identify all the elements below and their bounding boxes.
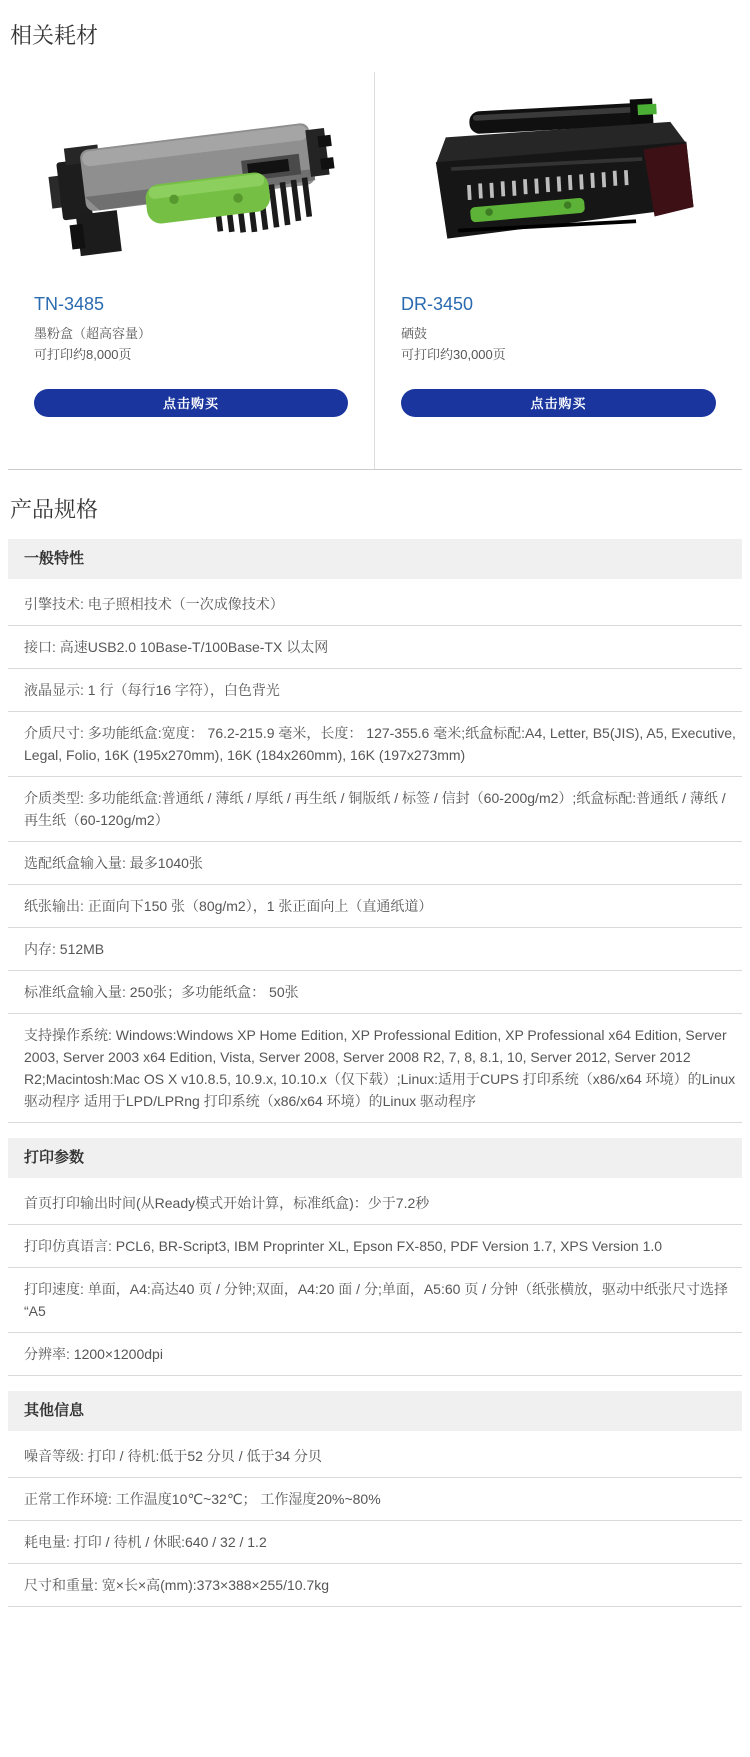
tn-3485-product-image[interactable]: [34, 88, 348, 280]
spec-section-header-other: 其他信息: [8, 1391, 742, 1431]
spec-row-operating-environment: 正常工作环境: 工作温度10℃~32℃； 工作湿度20%~80%: [8, 1478, 742, 1521]
spec-row-memory: 内存: 512MB: [8, 928, 742, 971]
toner-cartridge-icon: [41, 90, 341, 278]
product-card-tn3485: TN-3485 墨粉盒（超高容量） 可打印约8,000页 点击购买: [8, 72, 375, 469]
dr-3450-product-image[interactable]: [401, 88, 716, 280]
spec-section-header-general: 一般特性: [8, 539, 742, 579]
spec-row-engine: 引擎技术: 电子照相技术（一次成像技术）: [8, 579, 742, 626]
drum-unit-icon: [409, 96, 709, 272]
spec-row-print-speed: 打印速度: 单面，A4:高达40 页 / 分钟;双面，A4:20 面 / 分;单…: [8, 1268, 742, 1333]
spec-section-header-print: 打印参数: [8, 1138, 742, 1178]
spec-row-standard-tray-capacity: 标准纸盒输入量: 250张；多功能纸盒： 50张: [8, 971, 742, 1014]
spec-list-other: 噪音等级: 打印 / 待机:低于52 分贝 / 低于34 分贝 正常工作环境: …: [8, 1431, 742, 1607]
product-type-dr3450: 硒鼓: [401, 323, 716, 344]
spec-row-resolution: 分辨率: 1200×1200dpi: [8, 1333, 742, 1376]
product-model-link-tn3485[interactable]: TN-3485: [34, 294, 104, 315]
spec-row-optional-tray-capacity: 选配纸盒输入量: 最多1040张: [8, 842, 742, 885]
spec-row-interface: 接口: 高速USB2.0 10Base-T/100Base-TX 以太网: [8, 626, 742, 669]
product-yield-tn3485: 可打印约8,000页: [34, 344, 348, 365]
spec-list-print: 首页打印输出时间(从Ready模式开始计算，标准纸盒)：少于7.2秒 打印仿真语…: [8, 1178, 742, 1376]
spec-row-emulation: 打印仿真语言: PCL6, BR-Script3, IBM Proprinter…: [8, 1225, 742, 1268]
spec-row-media-type: 介质类型: 多功能纸盒:普通纸 / 薄纸 / 厚纸 / 再生纸 / 铜版纸 / …: [8, 777, 742, 842]
buy-button-tn3485[interactable]: 点击购买: [34, 389, 348, 417]
spec-row-paper-output: 纸张输出: 正面向下150 张（80g/m2），1 张正面向上（直通纸道）: [8, 885, 742, 928]
spec-row-power-consumption: 耗电量: 打印 / 待机 / 休眠:640 / 32 / 1.2: [8, 1521, 742, 1564]
spec-row-media-size: 介质尺寸: 多功能纸盒:宽度： 76.2-215.9 毫米，长度： 127-35…: [8, 712, 742, 777]
related-consumables-heading: 相关耗材: [10, 22, 742, 50]
spec-row-lcd: 液晶显示: 1 行（每行16 字符），白色背光: [8, 669, 742, 712]
product-yield-dr3450: 可打印约30,000页: [401, 344, 716, 365]
product-detail-page: 相关耗材: [0, 0, 750, 1757]
product-type-tn3485: 墨粉盒（超高容量）: [34, 323, 348, 344]
product-specs-heading: 产品规格: [10, 496, 742, 524]
spec-row-supported-os: 支持操作系统: Windows:Windows XP Home Edition,…: [8, 1014, 742, 1123]
spec-row-noise-level: 噪音等级: 打印 / 待机:低于52 分贝 / 低于34 分贝: [8, 1431, 742, 1478]
product-specs-section: 产品规格 一般特性 引擎技术: 电子照相技术（一次成像技术） 接口: 高速USB…: [8, 496, 742, 1608]
spec-list-general: 引擎技术: 电子照相技术（一次成像技术） 接口: 高速USB2.0 10Base…: [8, 579, 742, 1123]
spec-row-dimensions-weight: 尺寸和重量: 宽×长×高(mm):373×388×255/10.7kg: [8, 1564, 742, 1607]
product-card-dr3450: DR-3450 硒鼓 可打印约30,000页 点击购买: [375, 72, 742, 469]
consumables-section: TN-3485 墨粉盒（超高容量） 可打印约8,000页 点击购买: [8, 72, 742, 470]
product-model-link-dr3450[interactable]: DR-3450: [401, 294, 473, 315]
spec-row-first-print-time: 首页打印输出时间(从Ready模式开始计算，标准纸盒)：少于7.2秒: [8, 1178, 742, 1225]
buy-button-dr3450[interactable]: 点击购买: [401, 389, 716, 417]
